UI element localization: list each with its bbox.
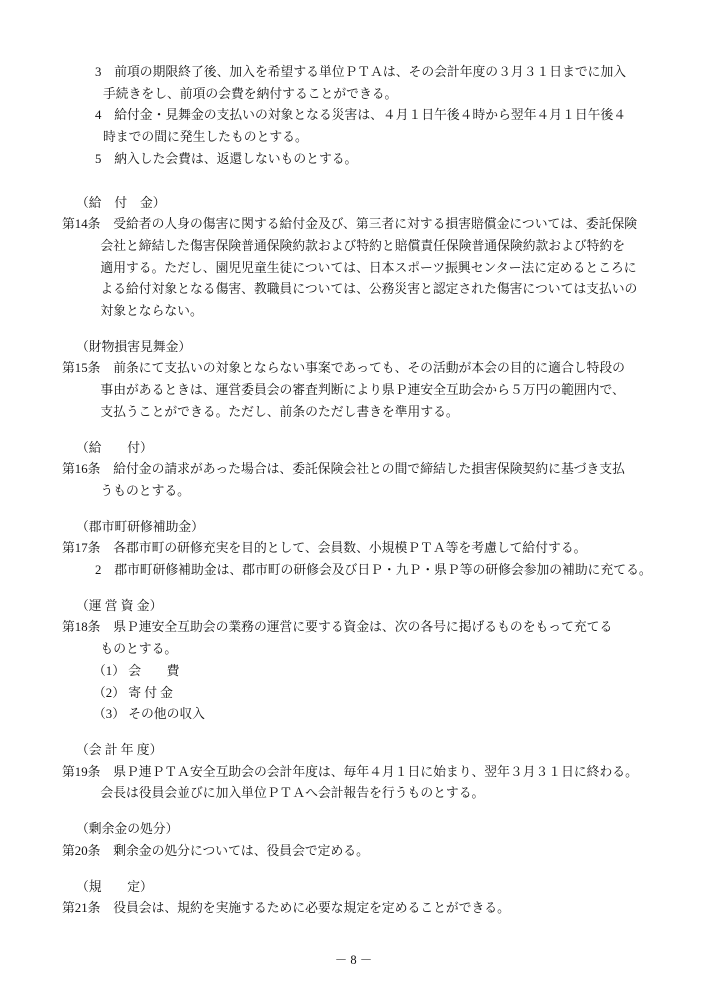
text-line: 対象とならない。 — [62, 301, 677, 323]
text-line: 第14条 受給者の人身の傷害に関する給付金及び、第三者に対する損害賠償金について… — [62, 214, 677, 236]
section-heading: （会 計 年 度） — [62, 740, 677, 762]
document-section: （給 付）第16条 給付金の請求があった場合は、委託保険会社との間で締結した損害… — [62, 438, 677, 503]
document-block: 3 前項の期限終了後、加入を希望する単位ＰＴＡは、その会計年度の３月３１日までに… — [62, 62, 677, 171]
document-section: （財物損害見舞金）第15条 前条にて支払いの対象とならない事案であっても、その活… — [62, 337, 677, 424]
text-line: 第17条 各郡市町の研修充実を目的として、会員数、小規模ＰＴＡ等を考慮して給付す… — [62, 538, 677, 560]
text-line: 支払うことができる。ただし、前条のただし書きを準用する。 — [62, 402, 677, 424]
text-line: 5 納入した会費は、返還しないものとする。 — [62, 149, 677, 171]
section-heading: （運 営 資 金） — [62, 596, 677, 618]
document-body: 3 前項の期限終了後、加入を希望する単位ＰＴＡは、その会計年度の３月３１日までに… — [62, 62, 677, 920]
text-line: ものとする。 — [62, 639, 677, 661]
text-line: （1） 会 費 — [62, 661, 677, 683]
page-number: － 8 － — [0, 950, 707, 970]
text-line: 時までの間に発生したものとする。 — [62, 127, 677, 149]
text-line: 事由があるときは、運営委員会の審査判断により県Ｐ連安全互助会から５万円の範囲内で… — [62, 380, 677, 402]
text-line: 第15条 前条にて支払いの対象とならない事案であっても、その活動が本会の目的に適… — [62, 358, 677, 380]
text-line: 4 給付金・見舞金の支払いの対象となる災害は、４月１日午後４時から翌年４月１日午… — [62, 105, 677, 127]
text-line: 第18条 県Ｐ連安全互助会の業務の運営に要する資金は、次の各号に掲げるものをもっ… — [62, 617, 677, 639]
text-line: 第16条 給付金の請求があった場合は、委託保険会社との間で締結した損害保険契約に… — [62, 459, 677, 481]
text-line: （2） 寄 付 金 — [62, 683, 677, 705]
document-section: （運 営 資 金）第18条 県Ｐ連安全互助会の業務の運営に要する資金は、次の各号… — [62, 596, 677, 726]
text-line: 第20条 剰余金の処分については、役員会で定める。 — [62, 841, 677, 863]
document-section: （給 付 金）第14条 受給者の人身の傷害に関する給付金及び、第三者に対する損害… — [62, 193, 677, 323]
text-line: 第21条 役員会は、規約を実施するために必要な規定を定めることができる。 — [62, 898, 677, 920]
text-line: 会長は役員会並びに加入単位ＰＴＡへ会計報告を行うものとする。 — [62, 783, 677, 805]
text-line: （3） その他の収入 — [62, 704, 677, 726]
text-line: 適用する。ただし、園児児童生徒については、日本スポーツ振興センター法に定めるとこ… — [62, 258, 677, 280]
text-line: 会社と締結した傷害保険普通保険約款および特約と賠償責任保険普通保険約款および特約… — [62, 236, 677, 258]
section-heading: （財物損害見舞金） — [62, 337, 677, 359]
section-heading: （剰余金の処分） — [62, 819, 677, 841]
document-section: （剰余金の処分）第20条 剰余金の処分については、役員会で定める。 — [62, 819, 677, 862]
section-heading: （給 付） — [62, 438, 677, 460]
document-section: （会 計 年 度）第19条 県Ｐ連ＰＴＡ安全互助会の会計年度は、毎年４月１日に始… — [62, 740, 677, 805]
text-line: 第19条 県Ｐ連ＰＴＡ安全互助会の会計年度は、毎年４月１日に始まり、翌年３月３１… — [62, 762, 677, 784]
section-heading: （給 付 金） — [62, 193, 677, 215]
text-line: 手続きをし、前項の会費を納付することができる。 — [62, 84, 677, 106]
text-line: うものとする。 — [62, 481, 677, 503]
text-line: よる給付対象となる傷害、教職員については、公務災害と認定された傷害については支払… — [62, 279, 677, 301]
document-page: 3 前項の期限終了後、加入を希望する単位ＰＴＡは、その会計年度の３月３１日までに… — [0, 0, 707, 1000]
document-section: （郡市町研修補助金）第17条 各郡市町の研修充実を目的として、会員数、小規模ＰＴ… — [62, 517, 677, 582]
text-line: 2 郡市町研修補助金は、郡市町の研修会及び日Ｐ・九Ｐ・県Ｐ等の研修会参加の補助に… — [62, 560, 677, 582]
text-line: 3 前項の期限終了後、加入を希望する単位ＰＴＡは、その会計年度の３月３１日までに… — [62, 62, 677, 84]
section-heading: （郡市町研修補助金） — [62, 517, 677, 539]
section-heading: （規 定） — [62, 877, 677, 899]
document-section: （規 定）第21条 役員会は、規約を実施するために必要な規定を定めることができる… — [62, 877, 677, 920]
